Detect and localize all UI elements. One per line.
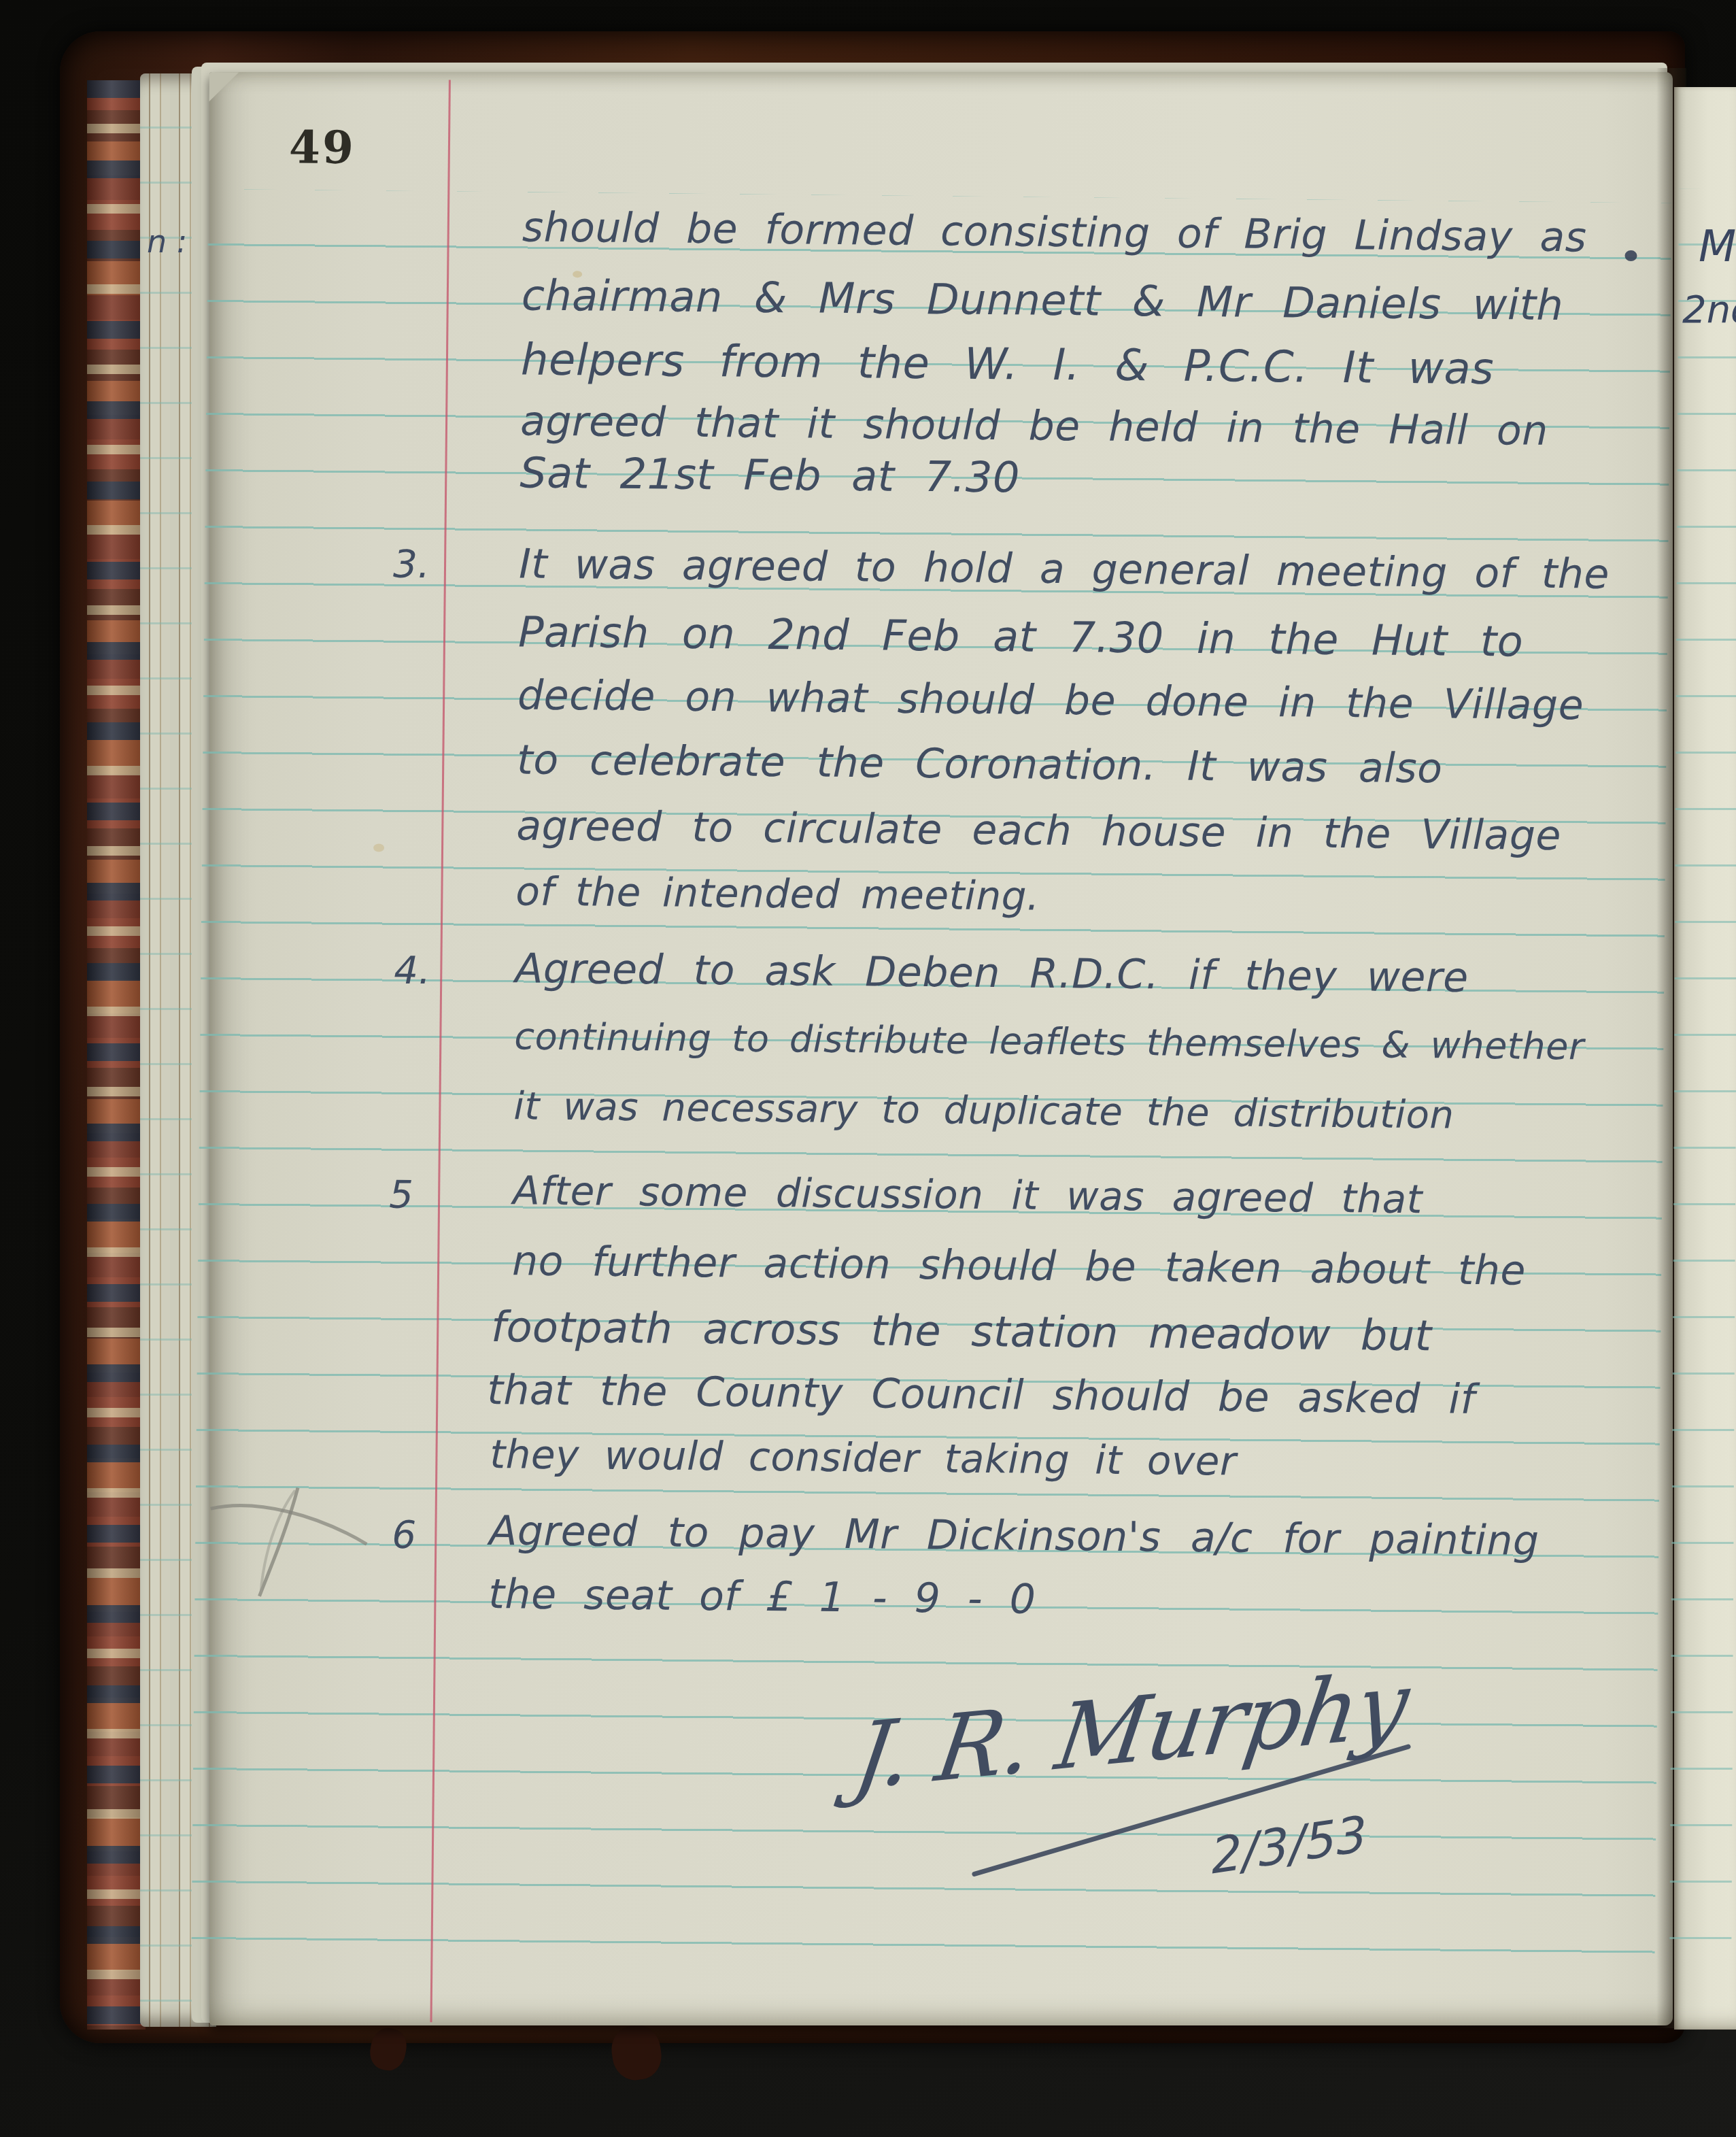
previous-page-edge-note: n : (147, 223, 187, 260)
scanned-minute-book-photo: n : 49 should be formed consisting of Br… (0, 0, 1736, 2137)
page-content: 49 should be formed consisting of Brig L… (190, 72, 1672, 2040)
facing-page-ruled-lines (1669, 189, 1736, 1971)
marbled-page-edges (87, 80, 146, 2030)
facing-page-fragment: M (1699, 222, 1736, 272)
facing-page-edge: M 2nd (1674, 87, 1736, 2030)
notebook-page: 49 should be formed consisting of Brig L… (209, 72, 1673, 2025)
facing-page-fragment: 2nd (1682, 288, 1736, 332)
